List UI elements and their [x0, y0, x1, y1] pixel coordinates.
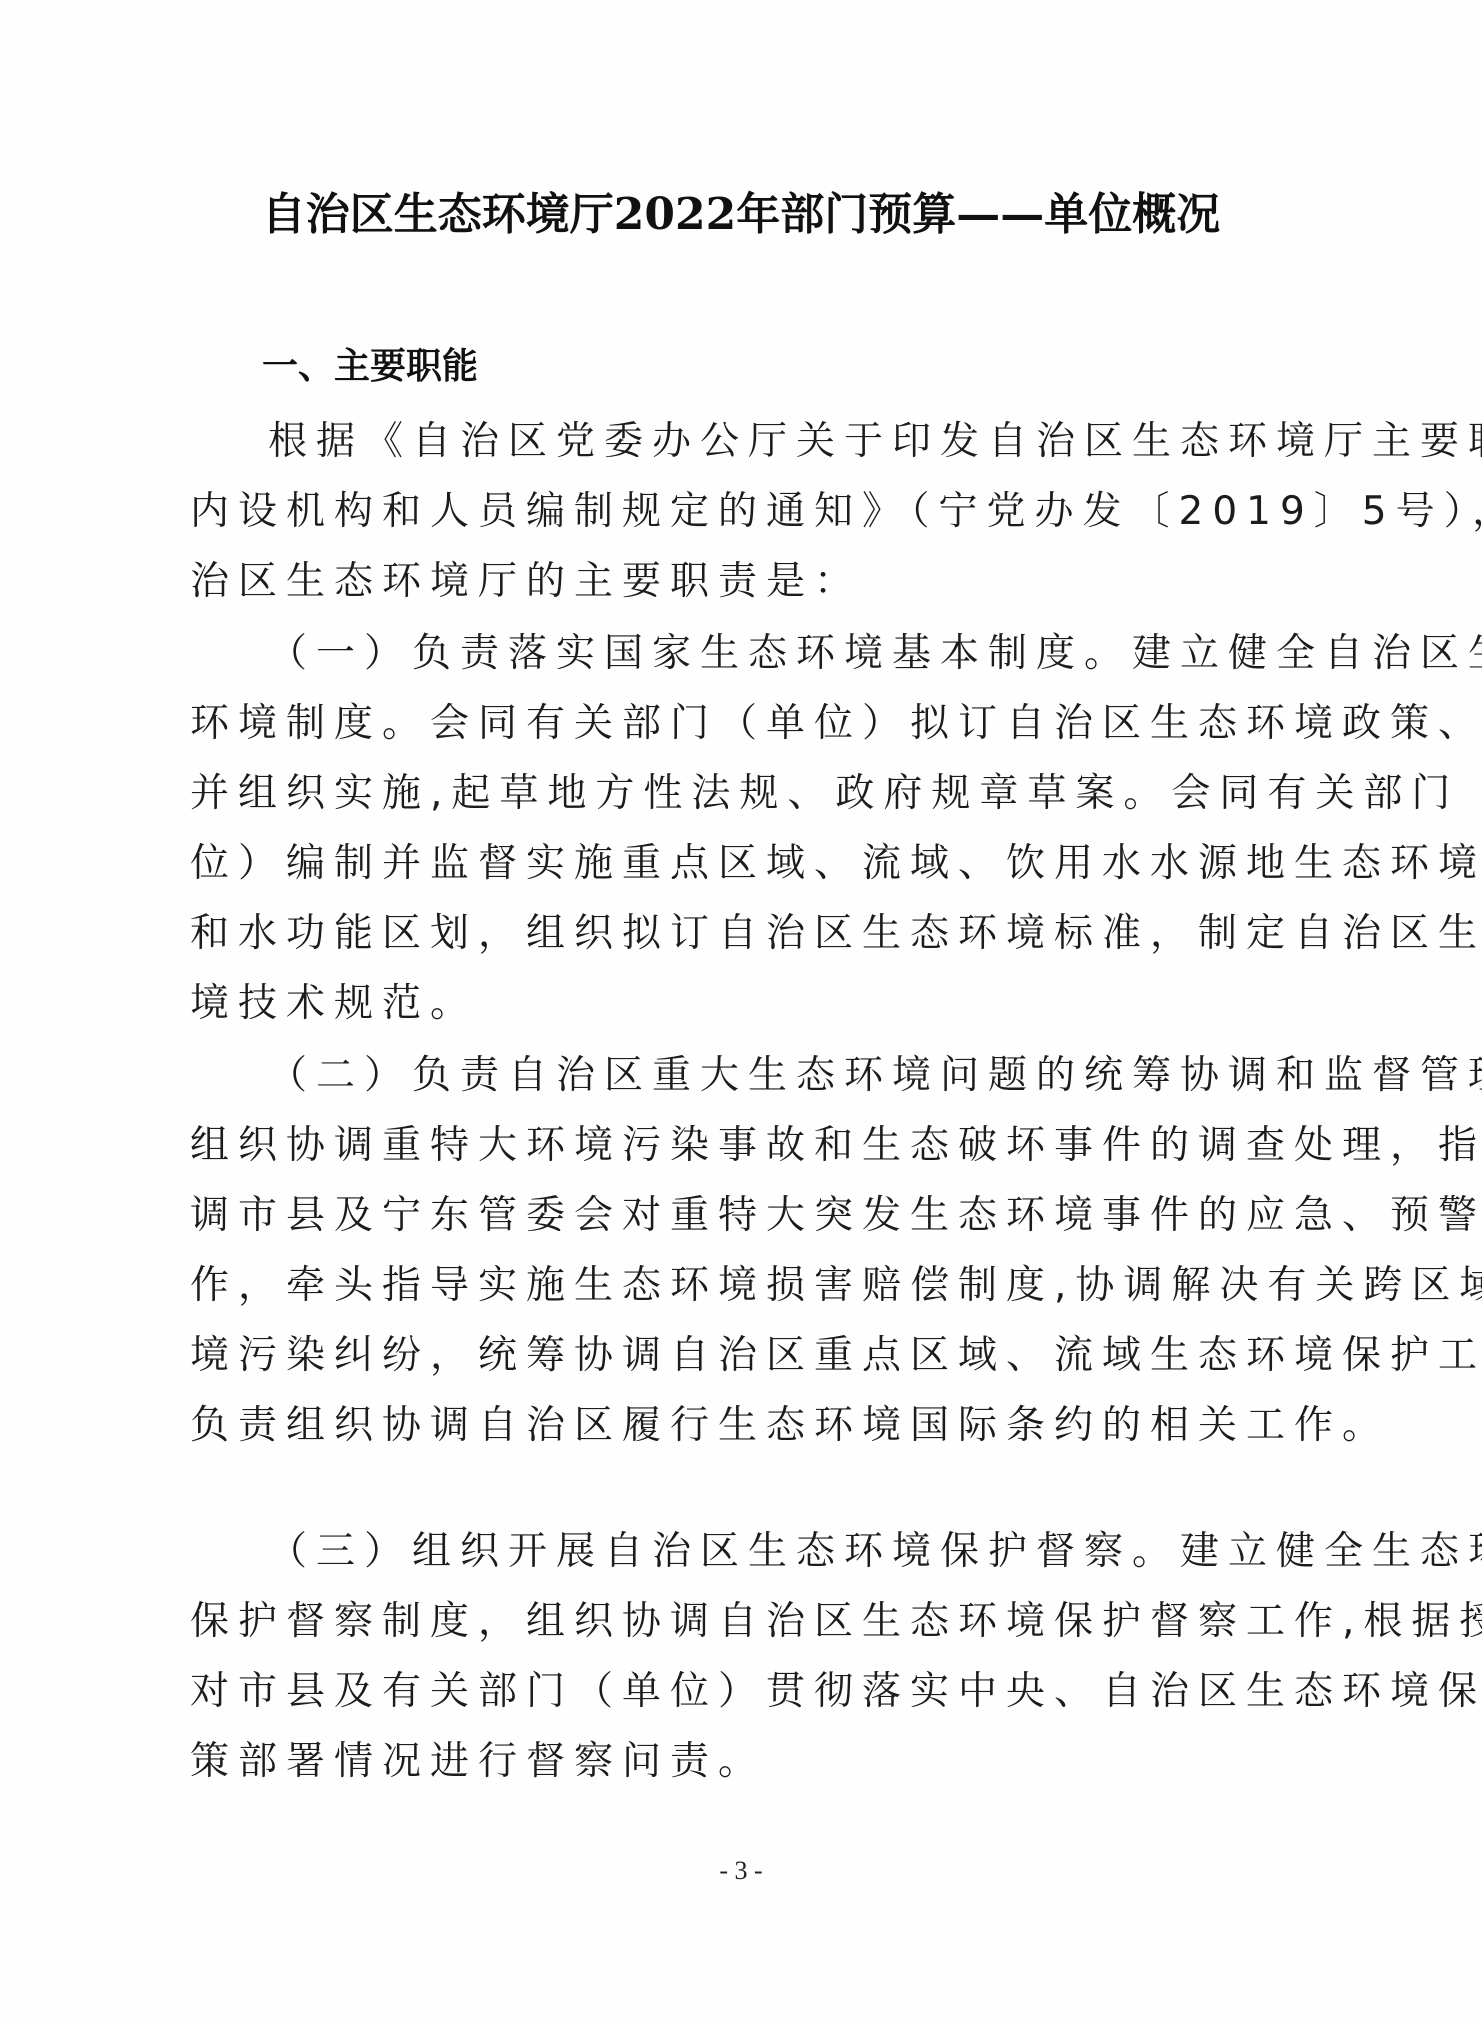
paragraph-line: 负责组织协调自治区履行生态环境国际条约的相关工作。 [190, 1396, 1330, 1456]
paragraph-line: 境技术规范。 [190, 974, 1330, 1034]
paragraph-line: 和水功能区划，组织拟订自治区生态环境标准，制定自治区生态环 [190, 904, 1330, 964]
paragraph-line: 位）编制并监督实施重点区域、流域、饮用水水源地生态环境规划 [190, 834, 1330, 894]
paragraph-line: 内设机构和人员编制规定的通知》（宁党办发〔2019〕5号），自 [190, 482, 1330, 542]
paragraph-line: （一）负责落实国家生态环境基本制度。建立健全自治区生态 [268, 624, 1330, 684]
paragraph-line: 治区生态环境厅的主要职责是： [190, 552, 1330, 612]
page-number: - 3 - [0, 1856, 1482, 1886]
paragraph-line: （二）负责自治区重大生态环境问题的统筹协调和监督管理。 [268, 1046, 1330, 1106]
document-page: 自治区生态环境厅2022年部门预算——单位概况 一、主要职能 根据《自治区党委办… [0, 0, 1482, 2025]
section-heading: 一、主要职能 [262, 338, 478, 389]
paragraph-line: 并组织实施,起草地方性法规、政府规章草案。会同有关部门（单 [190, 764, 1330, 824]
paragraph-line: 环境制度。会同有关部门（单位）拟订自治区生态环境政策、规划 [190, 694, 1330, 754]
paragraph-line: 作，牵头指导实施生态环境损害赔偿制度,协调解决有关跨区域环 [190, 1256, 1330, 1316]
paragraph-line: 境污染纠纷，统筹协调自治区重点区域、流域生态环境保护工作。 [190, 1326, 1330, 1386]
paragraph-line: 组织协调重特大环境污染事故和生态破坏事件的调查处理，指导协 [190, 1116, 1330, 1176]
paragraph-line: 对市县及有关部门（单位）贯彻落实中央、自治区生态环境保护决 [190, 1662, 1330, 1722]
paragraph-line: （三）组织开展自治区生态环境保护督察。建立健全生态环境 [268, 1522, 1330, 1582]
paragraph-line: 根据《自治区党委办公厅关于印发自治区生态环境厅主要职责 [268, 412, 1330, 472]
paragraph-line: 保护督察制度，组织协调自治区生态环境保护督察工作,根据授权 [190, 1592, 1330, 1652]
document-title: 自治区生态环境厅2022年部门预算——单位概况 [0, 178, 1482, 242]
paragraph-line: 调市县及宁东管委会对重特大突发生态环境事件的应急、预警工 [190, 1186, 1330, 1246]
paragraph-line: 策部署情况进行督察问责。 [190, 1732, 1330, 1792]
